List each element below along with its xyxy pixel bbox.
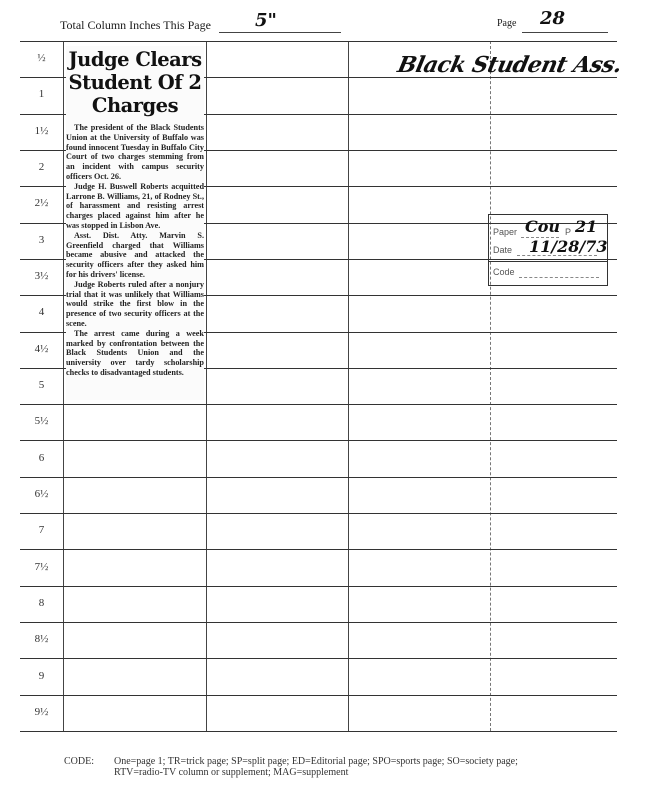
row-inch-label: 4: [20, 306, 63, 318]
clipping-paragraph: The arrest came during a week marked by …: [66, 329, 204, 378]
clipping-paragraph: Judge H. Buswell Roberts acquitted Larro…: [66, 182, 204, 231]
grid-row-line: [20, 658, 617, 659]
row-inch-label: 5: [20, 379, 63, 391]
row-inch-label: 1: [20, 88, 63, 100]
row-inch-label: 8: [20, 597, 63, 609]
row-inch-label: 1½: [20, 125, 63, 137]
clipping-headline: Judge Clears Student Of 2 Charges: [66, 48, 204, 117]
grid-row-line: [20, 404, 617, 405]
row-inch-label: 2½: [20, 197, 63, 209]
page-number-underline: [522, 32, 608, 33]
row-inch-label: 3½: [20, 270, 63, 282]
row-inch-label: ½: [20, 52, 63, 64]
handwritten-subject: Black Student Ass.: [395, 52, 624, 78]
clipping-paragraph: Asst. Dist. Atty. Marvin S. Greenfield c…: [66, 231, 204, 280]
row-inch-label: 2: [20, 161, 63, 173]
row-inch-label: 9½: [20, 706, 63, 718]
stamp-date-label: Date: [493, 245, 512, 255]
stamp-date-value: 11/28/73: [529, 237, 607, 256]
grid-col-divider: [63, 41, 64, 731]
grid-row-line: [20, 41, 617, 42]
row-inch-label: 5½: [20, 415, 63, 427]
stamp-paper-label: Paper: [493, 227, 517, 237]
total-column-inches-label: Total Column Inches This Page: [60, 18, 211, 33]
page-number-value: 28: [540, 8, 565, 29]
grid-row-line: [20, 586, 617, 587]
stamp-code-line: [519, 277, 599, 278]
row-inch-label: 7½: [20, 561, 63, 573]
newspaper-clipping: Judge Clears Student Of 2 Charges The pr…: [66, 46, 204, 400]
code-legend-line2: RTV=radio-TV column or supplement; MAG=s…: [64, 767, 518, 778]
page-label: Page: [497, 18, 516, 29]
clipping-paragraph: Judge Roberts ruled after a nonjury tria…: [66, 280, 204, 329]
stamp-p-label: P: [565, 227, 571, 237]
grid-col-divider: [206, 41, 207, 731]
code-legend-line1: One=page 1; TR=trick page; SP=split page…: [114, 756, 518, 767]
stamp-code-label: Code: [493, 267, 515, 277]
grid-row-line: [20, 731, 617, 732]
row-inch-label: 6: [20, 452, 63, 464]
stamp-paper-value: Cou: [525, 217, 560, 236]
row-inch-label: 9: [20, 670, 63, 682]
grid-col-divider: [348, 41, 349, 731]
grid-row-line: [20, 513, 617, 514]
row-inch-label: 3: [20, 234, 63, 246]
row-inch-label: 8½: [20, 633, 63, 645]
stamp-p-value: 21: [575, 217, 597, 236]
row-inch-label: 6½: [20, 488, 63, 500]
row-inch-label: 4½: [20, 343, 63, 355]
code-legend: CODE:One=page 1; TR=trick page; SP=split…: [64, 756, 518, 778]
total-column-inches-value: 5": [255, 10, 277, 31]
grid-row-line: [20, 695, 617, 696]
grid-row-line: [20, 477, 617, 478]
paper-date-code-stamp: Paper Cou P 21 Date 11/28/73 Code: [488, 214, 608, 286]
stamp-divider: [489, 261, 607, 262]
total-column-inches-underline: [219, 32, 341, 33]
row-inch-label: 7: [20, 524, 63, 536]
grid-row-line: [20, 622, 617, 623]
grid-col-divider: [490, 41, 491, 731]
grid-row-line: [20, 549, 617, 550]
code-legend-key: CODE:: [64, 756, 114, 767]
grid-row-line: [20, 440, 617, 441]
clipping-paragraph: The president of the Black Students Unio…: [66, 123, 204, 182]
